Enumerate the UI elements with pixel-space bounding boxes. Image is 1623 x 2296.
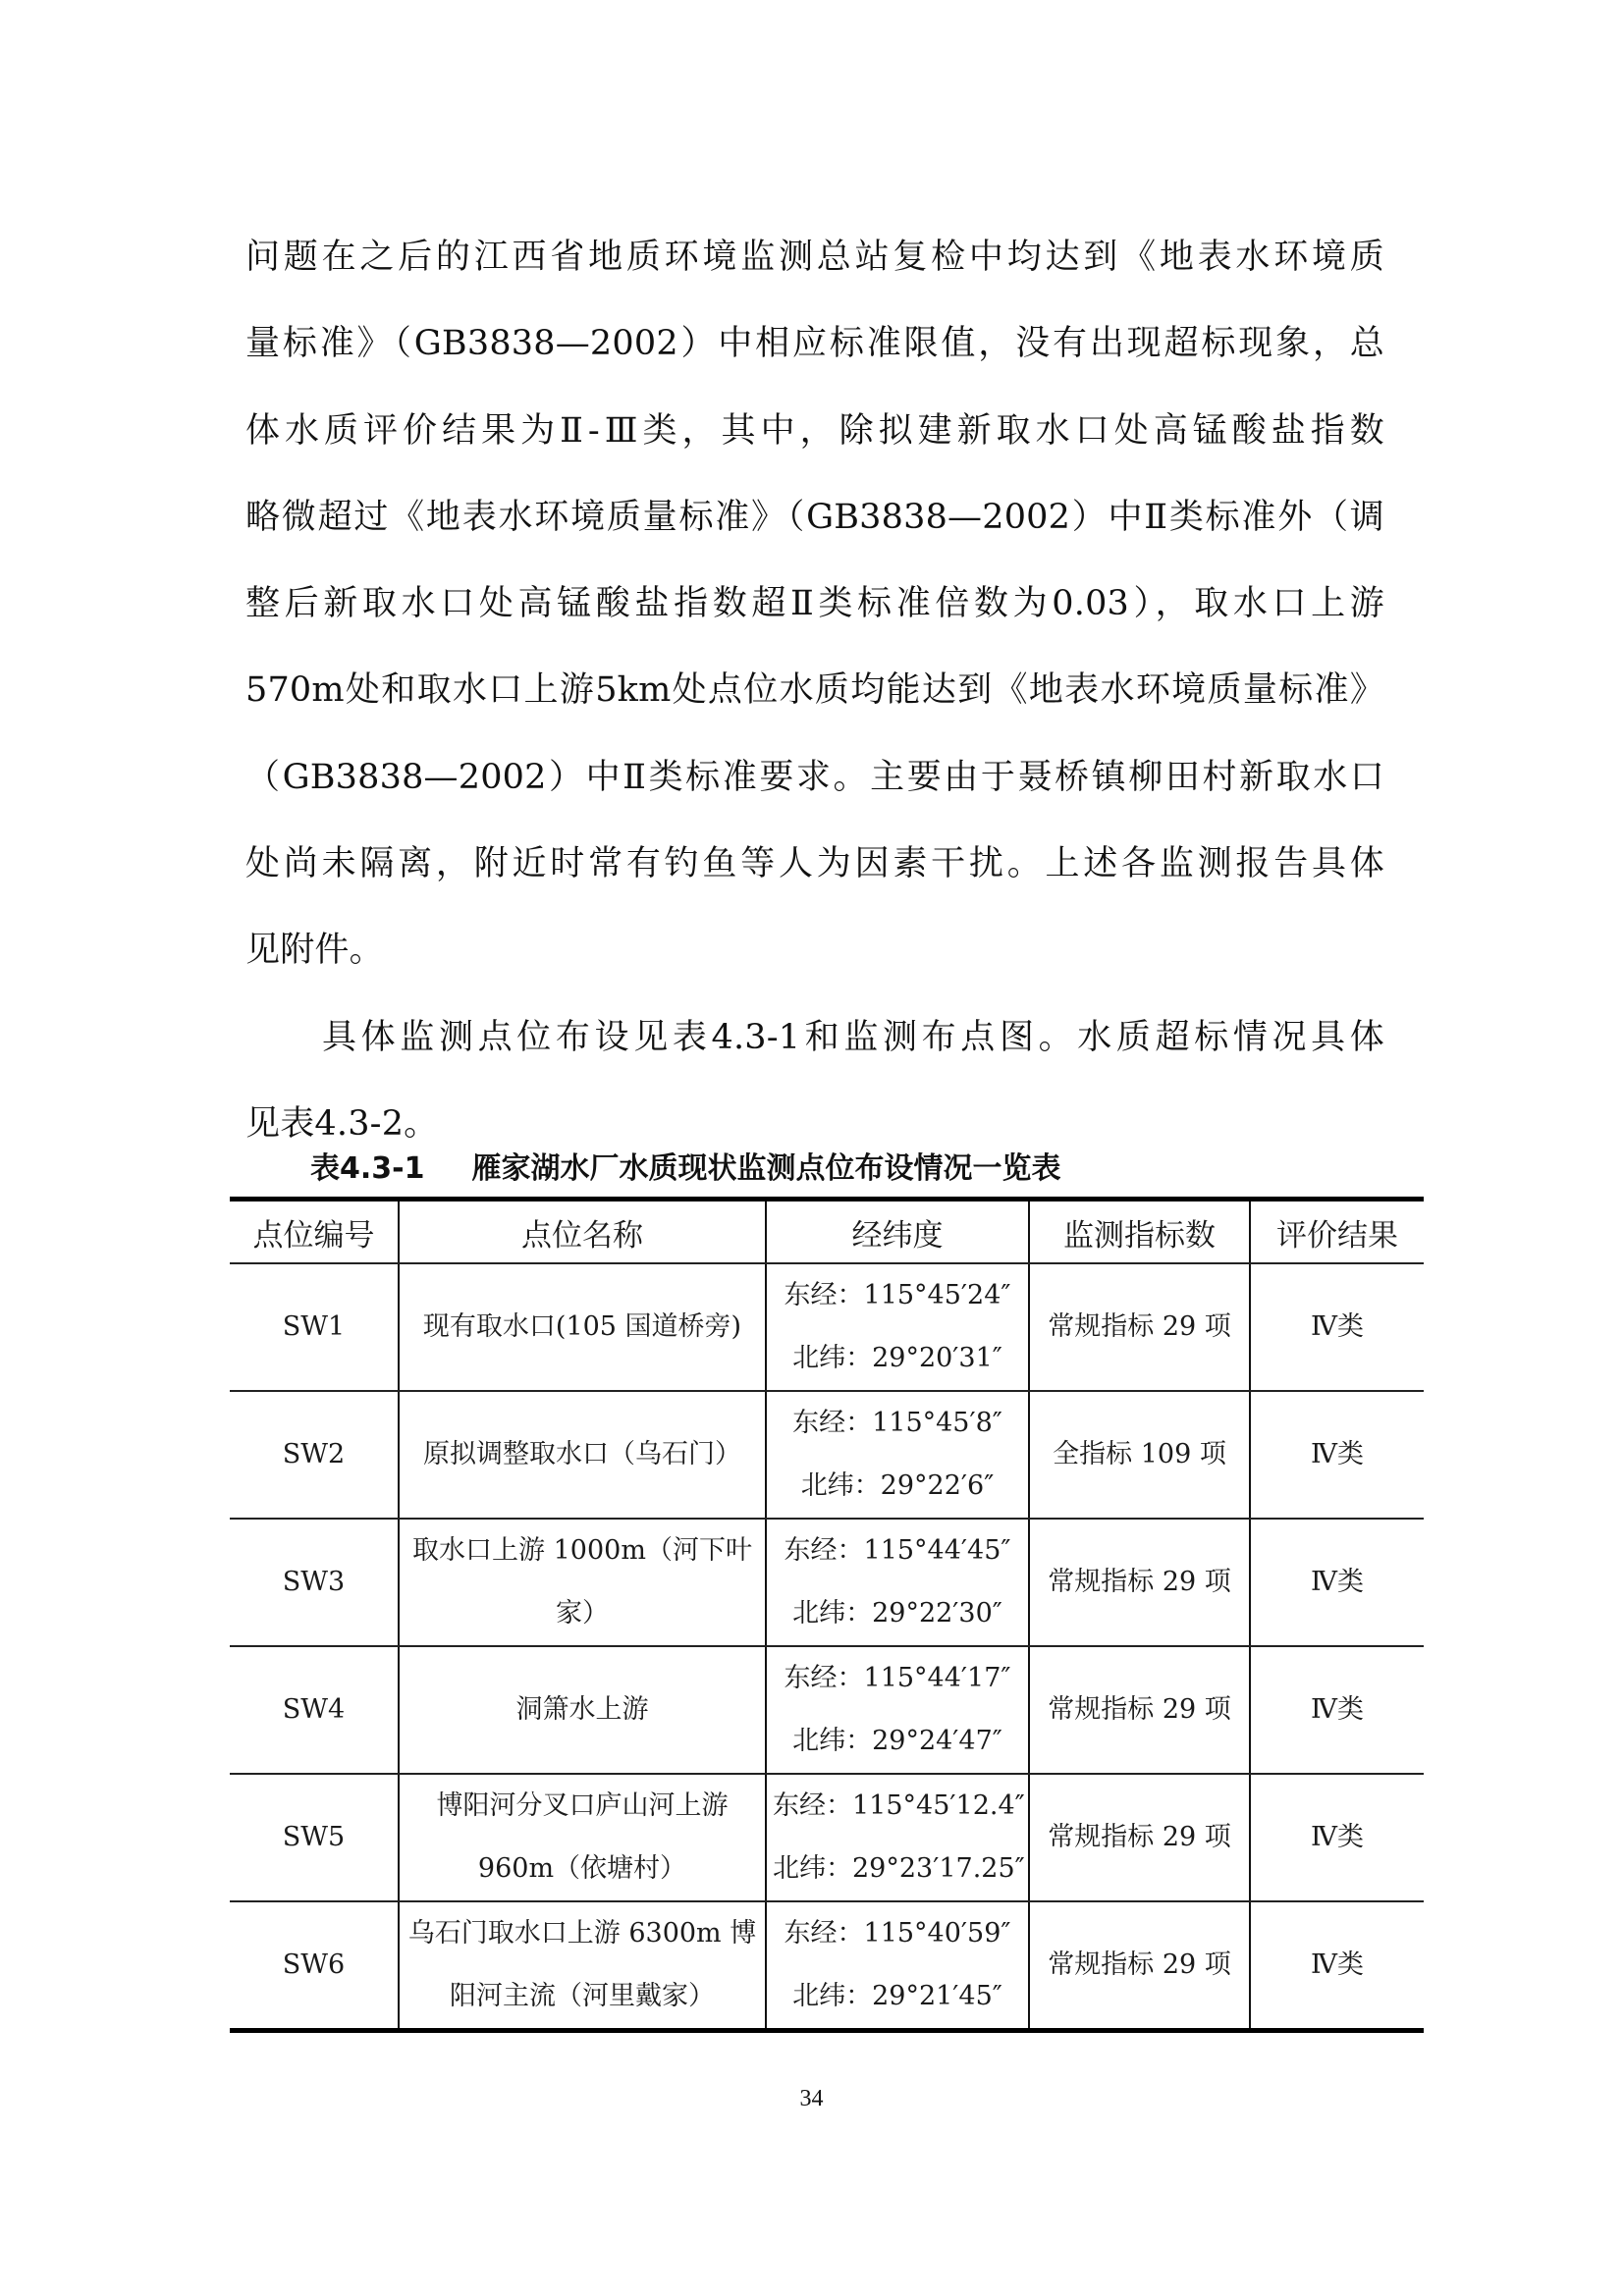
paragraph-line: 570m处和取水口上游5km处点位水质均能达到《地表水环境质量标准》 [245,647,1384,733]
paragraph-line: （GB3838—2002）中Ⅱ类标准要求。主要由于聂桥镇柳田村新取水口 [245,734,1384,821]
point-name-cell: 原拟调整取水口（乌石门） [399,1391,766,1519]
indicator-count-cell: 常规指标 29 项 [1029,1519,1250,1646]
header-indicator-count: 监测指标数 [1029,1200,1250,1264]
table-row: SW3 取水口上游 1000m（河下叶家） 东经：115°44′45″ 北纬：2… [230,1519,1424,1646]
latitude: 北纬：29°22′6″ [773,1455,1022,1518]
table-caption-title: 雁家湖水厂水质现状监测点位布设情况一览表 [471,1151,1060,1186]
latitude: 北纬：29°20′31″ [773,1327,1022,1390]
header-point-id: 点位编号 [230,1200,399,1264]
table-row: SW5 博阳河分叉口庐山河上游960m（依塘村） 东经：115°45′12.4″… [230,1774,1424,1901]
coordinates-cell: 东经：115°44′17″ 北纬：29°24′47″ [766,1646,1029,1774]
paragraph-line: 体水质评价结果为Ⅱ-Ⅲ类，其中，除拟建新取水口处高锰酸盐指数 [245,388,1384,474]
evaluation-result-cell: Ⅳ类 [1250,1646,1424,1774]
header-coordinates: 经纬度 [766,1200,1029,1264]
point-id-cell: SW3 [230,1519,399,1646]
longitude: 东经：115°44′45″ [773,1520,1022,1582]
paragraph-line: 略微超过《地表水环境质量标准》（GB3838—2002）中Ⅱ类标准外（调 [245,474,1384,561]
point-name-cell: 现有取水口(105 国道桥旁) [399,1263,766,1391]
point-id-cell: SW6 [230,1901,399,2031]
monitoring-points-table: 点位编号 点位名称 经纬度 监测指标数 评价结果 SW1 现有取水口(105 国… [230,1197,1424,2033]
point-id-cell: SW4 [230,1646,399,1774]
indicator-count-cell: 常规指标 29 项 [1029,1646,1250,1774]
evaluation-result-cell: Ⅳ类 [1250,1391,1424,1519]
longitude: 东经：115°45′8″ [773,1392,1022,1455]
coordinates-cell: 东经：115°45′24″ 北纬：29°20′31″ [766,1263,1029,1391]
point-id-cell: SW1 [230,1263,399,1391]
page-number: 34 [0,2086,1623,2112]
coordinates-cell: 东经：115°40′59″ 北纬：29°21′45″ [766,1901,1029,2031]
table-caption: 表4.3-1雁家湖水厂水质现状监测点位布设情况一览表 [310,1144,1060,1187]
paragraph-line: 量标准》（GB3838—2002）中相应标准限值，没有出现超标现象，总 [245,300,1384,387]
point-name-cell: 乌石门取水口上游 6300m 博阳河主流（河里戴家） [399,1901,766,2031]
table-row: SW4 洞箫水上游 东经：115°44′17″ 北纬：29°24′47″ 常规指… [230,1646,1424,1774]
point-id-cell: SW2 [230,1391,399,1519]
indicator-count-cell: 常规指标 29 项 [1029,1263,1250,1391]
longitude: 东经：115°44′17″ [773,1647,1022,1710]
evaluation-result-cell: Ⅳ类 [1250,1519,1424,1646]
body-text: 问题在之后的江西省地质环境监测总站复检中均达到《地表水环境质 量标准》（GB38… [245,214,1384,1167]
table-row: SW2 原拟调整取水口（乌石门） 东经：115°45′8″ 北纬：29°22′6… [230,1391,1424,1519]
latitude: 北纬：29°23′17.25″ [773,1838,1022,1900]
table-row: SW6 乌石门取水口上游 6300m 博阳河主流（河里戴家） 东经：115°40… [230,1901,1424,2031]
paragraph-line: 具体监测点位布设见表4.3-1和监测布点图。水质超标情况具体 [245,994,1384,1081]
point-name-cell: 洞箫水上游 [399,1646,766,1774]
point-name-cell: 博阳河分叉口庐山河上游960m（依塘村） [399,1774,766,1901]
coordinates-cell: 东经：115°45′8″ 北纬：29°22′6″ [766,1391,1029,1519]
table-row: SW1 现有取水口(105 国道桥旁) 东经：115°45′24″ 北纬：29°… [230,1263,1424,1391]
point-name-cell: 取水口上游 1000m（河下叶家） [399,1519,766,1646]
indicator-count-cell: 全指标 109 项 [1029,1391,1250,1519]
document-page: 问题在之后的江西省地质环境监测总站复检中均达到《地表水环境质 量标准》（GB38… [0,0,1623,2296]
indicator-count-cell: 常规指标 29 项 [1029,1901,1250,2031]
evaluation-result-cell: Ⅳ类 [1250,1901,1424,2031]
paragraph-line: 处尚未隔离，附近时常有钓鱼等人为因素干扰。上述各监测报告具体 [245,821,1384,907]
table-caption-number: 表4.3-1 [310,1151,424,1186]
longitude: 东经：115°40′59″ [773,1902,1022,1965]
longitude: 东经：115°45′24″ [773,1264,1022,1327]
paragraph-line: 见附件。 [245,907,1384,993]
paragraph-line: 整后新取水口处高锰酸盐指数超Ⅱ类标准倍数为0.03），取水口上游 [245,561,1384,647]
table-header-row: 点位编号 点位名称 经纬度 监测指标数 评价结果 [230,1200,1424,1264]
paragraph-line: 问题在之后的江西省地质环境监测总站复检中均达到《地表水环境质 [245,214,1384,300]
latitude: 北纬：29°22′30″ [773,1582,1022,1645]
point-id-cell: SW5 [230,1774,399,1901]
header-evaluation-result: 评价结果 [1250,1200,1424,1264]
coordinates-cell: 东经：115°45′12.4″ 北纬：29°23′17.25″ [766,1774,1029,1901]
latitude: 北纬：29°21′45″ [773,1965,1022,2028]
header-point-name: 点位名称 [399,1200,766,1264]
evaluation-result-cell: Ⅳ类 [1250,1774,1424,1901]
latitude: 北纬：29°24′47″ [773,1710,1022,1773]
coordinates-cell: 东经：115°44′45″ 北纬：29°22′30″ [766,1519,1029,1646]
longitude: 东经：115°45′12.4″ [773,1775,1022,1838]
indicator-count-cell: 常规指标 29 项 [1029,1774,1250,1901]
evaluation-result-cell: Ⅳ类 [1250,1263,1424,1391]
